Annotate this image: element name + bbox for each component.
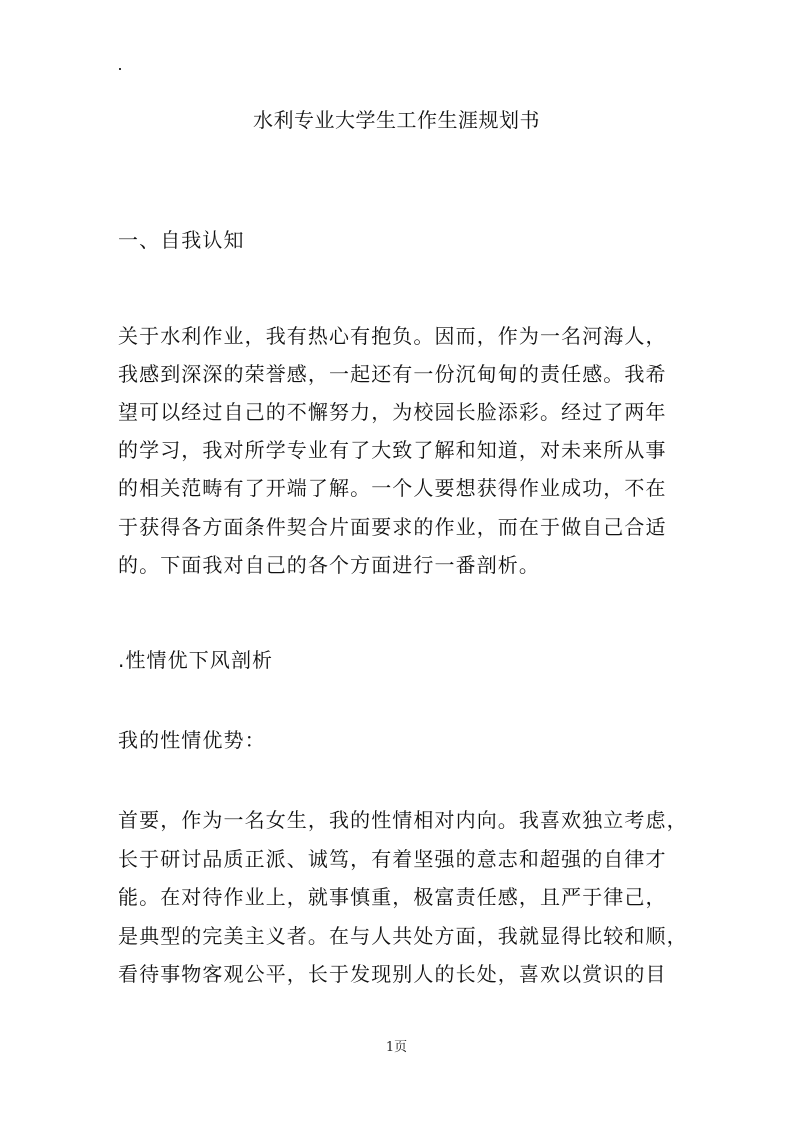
paragraph-line: 于获得各方面条件契合片面要求的作业，而在于做自己合适 [118,513,667,541]
paragraph-line: 首要，作为一名女生，我的性情相对内向。我喜欢独立考虑， [118,806,688,834]
paragraph-line: 是典型的完美主义者。在与人共处方面，我就显得比较和顺， [118,922,688,950]
paragraph-line: 能。在对待作业上，就事慎重，极富责任感，且严于律己， [118,883,667,911]
paragraph-line: 看待事物客观公平，长于发现别人的长处，喜欢以赏识的目 [118,960,667,988]
paragraph-line: 望可以经过自己的不懈努力，为校园长脸添彩。经过了两年 [118,398,667,426]
page-number-footer: 1页 [0,1040,793,1056]
paragraph-line: 的相关范畴有了开端了解。一个人要想获得作业成功，不在 [118,474,667,502]
paragraph-line: 关于水利作业，我有热心有抱负。因而，作为一名河海人， [118,322,667,350]
document-title: 水利专业大学生工作生涯规划书 [0,106,793,134]
document-page: 水利专业大学生工作生涯规划书 一、自我认知 关于水利作业，我有热心有抱负。因而，… [0,0,793,1122]
subsection-heading-personality: .性情优下风剖析 [118,646,273,674]
paragraph-line: 的。下面我对自己的各个方面进行一番剖析。 [118,551,540,579]
section-heading-self-awareness: 一、自我认知 [118,226,245,254]
paragraph-line: 长于研讨品质正派、诚笃，有着坚强的意志和超强的自律才 [118,845,667,873]
strengths-label: 我的性情优势： [118,726,266,754]
page-marker-dot [119,68,121,70]
paragraph-line: 的学习，我对所学专业有了大致了解和知道，对未来所从事 [118,436,667,464]
paragraph-line: 我感到深深的荣誉感，一起还有一份沉甸甸的责任感。我希 [118,360,667,388]
